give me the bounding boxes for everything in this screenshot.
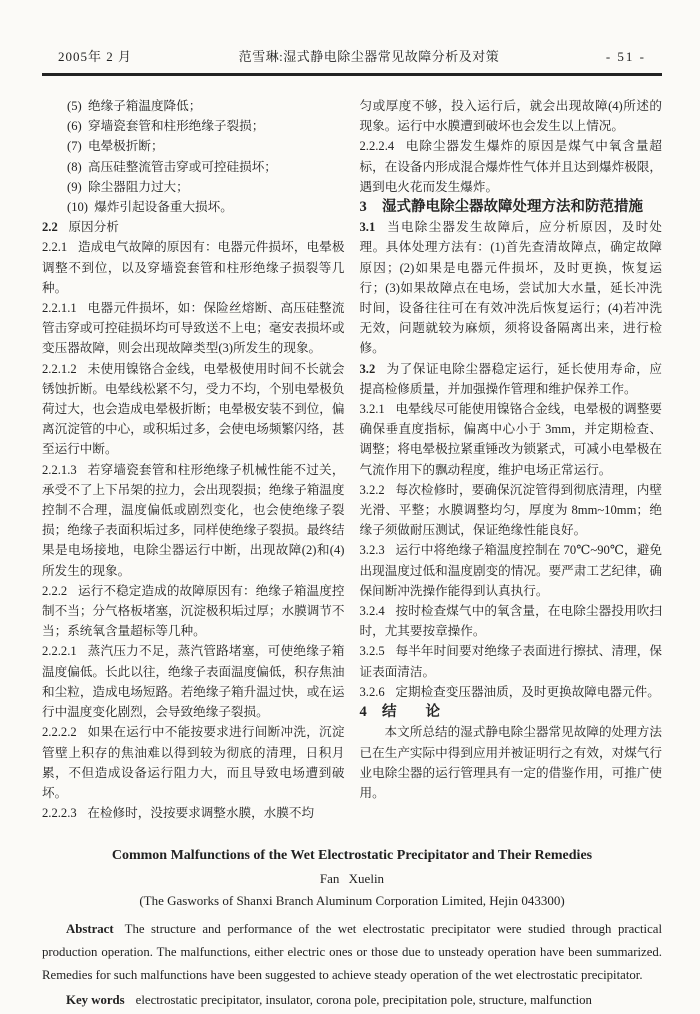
- body-paragraph: 3.1当电除尘器发生故障后，应分析原因，及时处理。具体处理方法有：(1)首先查清…: [360, 217, 663, 358]
- paragraph-number: 3.2.4: [360, 604, 385, 618]
- paragraph-number: 3.2.1: [360, 402, 385, 416]
- body-paragraph: 2.2.2.4电除尘器发生爆炸的原因是煤气中氧含量超标，在设备内形成混合爆炸性气…: [360, 136, 663, 197]
- list-number: (10): [67, 200, 88, 214]
- section-title: 结 论: [382, 704, 440, 720]
- fault-list-item: (6)穿墙瓷套管和柱形绝缘子裂损；: [42, 116, 345, 136]
- list-text: 电晕极折断；: [88, 139, 164, 153]
- keywords-label: Key words: [66, 993, 125, 1007]
- paragraph-text: 运行不稳定造成的故障原因有：绝缘子箱温度控制不当；分气格板堵塞，沉淀极积垢过厚；…: [42, 584, 345, 638]
- list-number: (5): [67, 99, 82, 113]
- section-heading: 4结 论: [360, 702, 663, 722]
- paragraph-text: 每次检修时，要确保沉淀管得到彻底清理，内壁光滑、平整；水膜调整均匀，厚度为 8m…: [360, 483, 663, 537]
- paragraph-text: 定期检查变压器油质，及时更换故障电器元件。: [395, 685, 659, 699]
- paragraph-text: 每半年时间要对绝缘子表面进行擦拭、清理，保证表面清洁。: [360, 644, 663, 678]
- body-paragraph: 2.2.1造成电气故障的原因有：电器元件损坏，电晕极调整不到位，以及穿墙瓷套管和…: [42, 237, 345, 298]
- paragraph-number: 2.2.2: [42, 584, 67, 598]
- paragraph-number: 3.2.2: [360, 483, 385, 497]
- list-text: 绝缘子箱温度降低；: [88, 99, 201, 113]
- paragraph-text: 按时检查煤气中的氧含量，在电除尘器投用吹扫时，尤其要按章操作。: [360, 604, 663, 638]
- body-paragraph: 3.2.6定期检查变压器油质，及时更换故障电器元件。: [360, 682, 663, 702]
- fault-list-item: (7)电晕极折断；: [42, 136, 345, 156]
- list-number: (8): [67, 160, 82, 174]
- body-paragraph: 3.2.4按时检查煤气中的氧含量，在电除尘器投用吹扫时，尤其要按章操作。: [360, 601, 663, 641]
- affiliation: (The Gasworks of Shanxi Branch Aluminum …: [42, 893, 662, 909]
- body-paragraph: 2.2.1.1电器元件损坏，如：保险丝熔断、高压硅整流管击穿或可控硅损坏均可导致…: [42, 298, 345, 359]
- paragraph-number: 2.2.1.2: [42, 362, 77, 376]
- paragraph-text: 本文所总结的湿式静电除尘器常见故障的处理方法已在生产实际中得到应用并被证明行之有…: [360, 725, 663, 800]
- english-title: Common Malfunctions of the Wet Electrost…: [42, 848, 662, 864]
- paragraph-number: 2.2.1.3: [42, 463, 77, 477]
- body-paragraph: 3.2.3运行中将绝缘子箱温度控制在 70℃~90℃，避免出现温度过低和温度剧变…: [360, 540, 663, 601]
- abstract-paragraph: AbstractThe structure and performance of…: [42, 918, 662, 987]
- journal-page: 2005年 2 月 范雪琳:湿式静电除尘器常见故障分析及对策 - 51 - (5…: [0, 0, 700, 1012]
- issue-date: 2005年 2 月: [58, 46, 132, 65]
- body-paragraph: 2.2.2运行不稳定造成的故障原因有：绝缘子箱温度控制不当；分气格板堵塞，沉淀极…: [42, 581, 345, 642]
- paragraph-text: 造成电气故障的原因有：电器元件损坏，电晕极调整不到位，以及穿墙瓷套管和柱形绝缘子…: [42, 240, 345, 294]
- fault-list-item: (5)绝缘子箱温度降低；: [42, 96, 345, 116]
- paragraph-text: 匀或厚度不够，投入运行后，就会出现故障(4)所述的现象。运行中水膜遭到破坏也会发…: [360, 99, 663, 133]
- continuation-paragraph: 匀或厚度不够，投入运行后，就会出现故障(4)所述的现象。运行中水膜遭到破坏也会发…: [360, 96, 663, 136]
- english-section: Common Malfunctions of the Wet Electrost…: [42, 848, 662, 1012]
- paragraph-text: 在检修时，没按要求调整水膜，水膜不均: [87, 806, 314, 820]
- left-column: (5)绝缘子箱温度降低； (6)穿墙瓷套管和柱形绝缘子裂损； (7)电晕极折断；…: [42, 96, 345, 823]
- abstract-label: Abstract: [66, 922, 114, 936]
- fault-list-item: (10)爆炸引起设备重大损坏。: [42, 197, 345, 217]
- list-text: 除尘器阻力过大；: [88, 180, 189, 194]
- section-number: 4: [360, 704, 367, 720]
- section-title: 湿式静电除尘器故障处理方法和防范措施: [382, 199, 643, 215]
- list-number: (7): [67, 139, 82, 153]
- paragraph-number: 3.1: [360, 220, 376, 234]
- body-paragraph: 2.2.2.2如果在运行中不能按要求进行间断冲洗，沉淀管壁上积存的焦油难以得到较…: [42, 722, 345, 803]
- body-paragraph: 3.2.5每半年时间要对绝缘子表面进行擦拭、清理，保证表面清洁。: [360, 641, 663, 681]
- paragraph-text: 电器元件损坏，如：保险丝熔断、高压硅整流管击穿或可控硅损坏均可导致送不上电；毫安…: [42, 301, 345, 355]
- body-paragraph: 2.2.1.3若穿墙瓷套管和柱形绝缘子机械性能不过关，承受不了上下吊架的拉力，会…: [42, 460, 345, 581]
- list-text: 高压硅整流管击穿或可控硅损坏；: [88, 160, 277, 174]
- body-paragraph: 2.2.2.1蒸汽压力不足，蒸汽管路堵塞，可使绝缘子箱温度偏低。长此以往，绝缘子…: [42, 641, 345, 722]
- list-number: (6): [67, 119, 82, 133]
- subsection-heading: 2.2原因分析: [42, 217, 345, 237]
- page-header: 2005年 2 月 范雪琳:湿式静电除尘器常见故障分析及对策 - 51 -: [42, 40, 662, 76]
- body-paragraph: 3.2为了保证电除尘器稳定运行，延长使用寿命，应提高检修质量，并加强操作管理和维…: [360, 359, 663, 399]
- paragraph-text: 如果在运行中不能按要求进行间断冲洗，沉淀管壁上积存的焦油难以得到较为彻底的清理，…: [42, 725, 345, 800]
- keywords-text: electrostatic precipitator, insulator, c…: [136, 993, 592, 1007]
- paragraph-text: 未使用镍铬合金线，电晕极使用时间不长就会锈蚀折断。电晕线松紧不匀，受力不均，个别…: [42, 362, 345, 457]
- keywords-paragraph: Key wordselectrostatic precipitator, ins…: [42, 989, 662, 1012]
- running-title: 范雪琳:湿式静电除尘器常见故障分析及对策: [239, 46, 500, 65]
- section-number: 2.2: [42, 220, 58, 234]
- paragraph-number: 2.2.1: [42, 240, 67, 254]
- paragraph-number: 3.2.3: [360, 543, 385, 557]
- right-column: 匀或厚度不够，投入运行后，就会出现故障(4)所述的现象。运行中水膜遭到破坏也会发…: [360, 96, 663, 823]
- two-column-body: (5)绝缘子箱温度降低； (6)穿墙瓷套管和柱形绝缘子裂损； (7)电晕极折断；…: [42, 96, 662, 823]
- fault-list-item: (9)除尘器阻力过大；: [42, 177, 345, 197]
- conclusion-paragraph: 本文所总结的湿式静电除尘器常见故障的处理方法已在生产实际中得到应用并被证明行之有…: [360, 722, 663, 803]
- section-title: 原因分析: [68, 220, 118, 234]
- body-paragraph: 3.2.1电晕线尽可能使用镍铬合金线，电晕极的调整要确保垂直度指标，偏离中心小于…: [360, 399, 663, 480]
- paragraph-text: 蒸汽压力不足，蒸汽管路堵塞，可使绝缘子箱温度偏低。长此以往，绝缘子表面温度偏低，…: [42, 644, 345, 719]
- list-number: (9): [67, 180, 82, 194]
- list-text: 爆炸引起设备重大损坏。: [94, 200, 233, 214]
- body-paragraph: 2.2.2.3在检修时，没按要求调整水膜，水膜不均: [42, 803, 345, 823]
- section-heading: 3湿式静电除尘器故障处理方法和防范措施: [360, 197, 663, 217]
- paragraph-number: 2.2.2.3: [42, 806, 77, 820]
- paragraph-text: 运行中将绝缘子箱温度控制在 70℃~90℃，避免出现温度过低和温度剧变的情况。要…: [360, 543, 663, 597]
- paragraph-number: 2.2.2.4: [360, 139, 395, 153]
- abstract-text: The structure and performance of the wet…: [42, 922, 662, 982]
- paragraph-number: 3.2.5: [360, 644, 385, 658]
- paragraph-text: 电晕线尽可能使用镍铬合金线，电晕极的调整要确保垂直度指标，偏离中心小于 3mm，…: [360, 402, 663, 477]
- page-number: - 51 -: [606, 49, 646, 65]
- fault-list-item: (8)高压硅整流管击穿或可控硅损坏；: [42, 157, 345, 177]
- paragraph-number: 2.2.2.2: [42, 725, 77, 739]
- paragraph-text: 为了保证电除尘器稳定运行，延长使用寿命，应提高检修质量，并加强操作管理和维护保养…: [360, 362, 663, 396]
- paragraph-text: 若穿墙瓷套管和柱形绝缘子机械性能不过关，承受不了上下吊架的拉力，会出现裂损；绝缘…: [42, 463, 345, 578]
- paragraph-text: 电除尘器发生爆炸的原因是煤气中氧含量超标，在设备内形成混合爆炸性气体并且达到爆炸…: [360, 139, 663, 193]
- paragraph-number: 2.2.2.1: [42, 644, 77, 658]
- body-paragraph: 2.2.1.2未使用镍铬合金线，电晕极使用时间不长就会锈蚀折断。电晕线松紧不匀，…: [42, 359, 345, 460]
- section-number: 3: [360, 199, 367, 215]
- paragraph-number: 3.2.6: [360, 685, 385, 699]
- paragraph-text: 当电除尘器发生故障后，应分析原因，及时处理。具体处理方法有：(1)首先查清故障点…: [360, 220, 663, 355]
- list-text: 穿墙瓷套管和柱形绝缘子裂损；: [88, 119, 264, 133]
- paragraph-number: 2.2.1.1: [42, 301, 77, 315]
- body-paragraph: 3.2.2每次检修时，要确保沉淀管得到彻底清理，内壁光滑、平整；水膜调整均匀，厚…: [360, 480, 663, 541]
- author-name: Fan Xuelin: [42, 871, 662, 887]
- paragraph-number: 3.2: [360, 362, 376, 376]
